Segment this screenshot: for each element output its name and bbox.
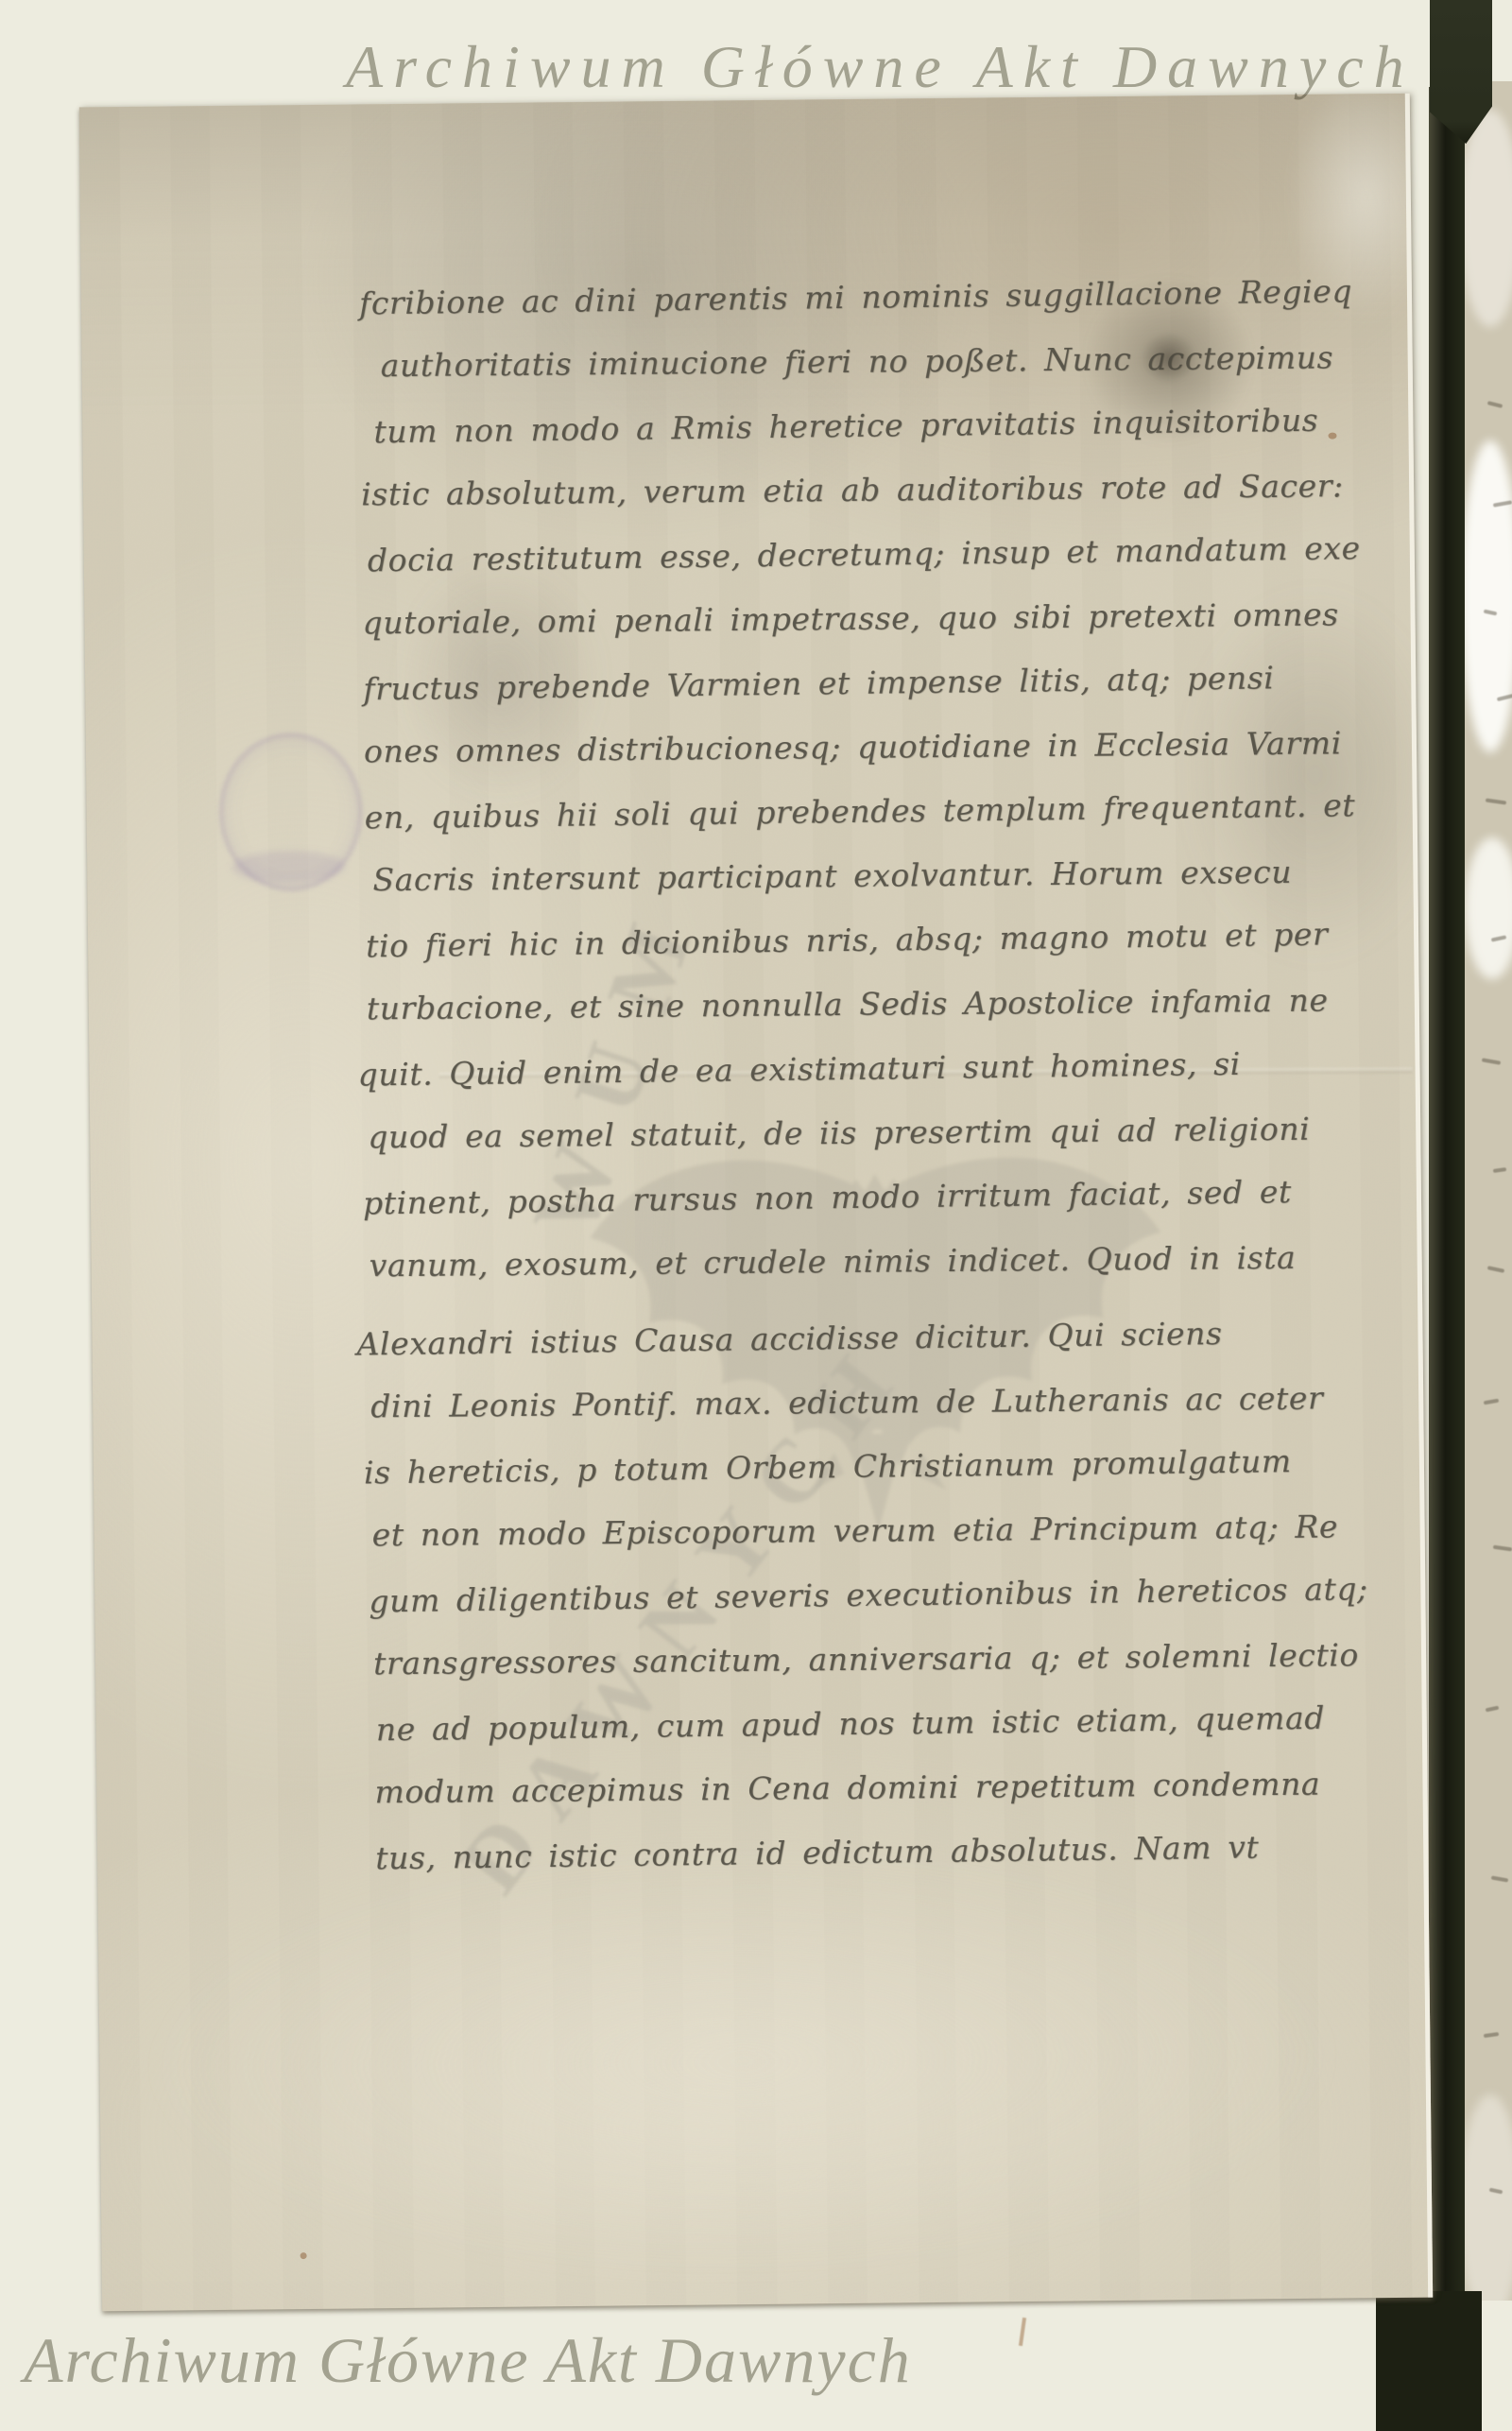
worn-patch <box>1461 110 1512 327</box>
worn-patch <box>1465 837 1512 979</box>
rust-spot <box>1034 2305 1039 2310</box>
manuscript-line: qutoriale, omi penali impetrasse, quo si… <box>362 582 1361 655</box>
ink-mark <box>1486 1706 1500 1713</box>
ink-mark <box>1491 1875 1508 1882</box>
binding-gap-bottom <box>1376 2291 1482 2431</box>
manuscript-line: en, quibus hii soli qui prebendes templu… <box>364 773 1364 850</box>
ink-mark <box>1487 1266 1504 1273</box>
manuscript-line: gum diligentibus et severis executionibu… <box>369 1557 1372 1633</box>
manuscript-line: docia restitutum esse, decretumq; insup … <box>367 516 1361 593</box>
manuscript-line: dini Leonis Pontif. max. edictum de Luth… <box>370 1366 1369 1439</box>
manuscript-line: ne ad populum, cum apud nos tum istic et… <box>375 1685 1373 1762</box>
manuscript-text-block: fcribione ac dini parentis mi nominis su… <box>359 260 1375 1889</box>
rust-spot <box>301 2252 307 2259</box>
manuscript-line: tus, nunc istic contra id edictum absolu… <box>375 1814 1375 1890</box>
manuscript-line: transgressores sancitum, anniversaria q;… <box>373 1623 1372 1696</box>
worn-patch <box>1461 2095 1512 2301</box>
manuscript-line: ptinent, postha rursus non modo irritum … <box>363 1159 1368 1235</box>
ink-mark <box>1484 2032 1499 2038</box>
manuscript-line: quod ea semel statuit, de iis presertim … <box>368 1096 1366 1169</box>
manuscript-line: et non modo Episcoporum verum etia Princ… <box>371 1494 1370 1567</box>
worn-patch <box>1461 440 1512 752</box>
manuscript-line: authoritatis iminucione fieri no poßet. … <box>380 325 1358 398</box>
manuscript-line: Alexandri istius Causa accidisse dicitur… <box>356 1300 1369 1376</box>
manuscript-line: turbacione, et sine nonnulla Sedis Apost… <box>367 968 1366 1041</box>
manuscript-line: is hereticis, p totum Orbem Christianum … <box>364 1428 1371 1505</box>
round-stamp <box>218 732 364 892</box>
manuscript-line: istic absolutum, verum etia ab auditorib… <box>361 454 1360 526</box>
binding-gap <box>1429 87 1465 2301</box>
manuscript-line: fcribione ac dini parentis mi nominis su… <box>359 259 1359 336</box>
ink-mark <box>1486 798 1506 804</box>
archive-scan-viewer: { "archive_watermark": { "top": "Archiwu… <box>0 0 1512 2431</box>
ink-mark <box>1487 401 1503 408</box>
manuscript-line: Sacris intersunt participant exolvantur.… <box>372 839 1364 912</box>
scratch-mark <box>1019 2318 1026 2346</box>
manuscript-line: vanum, exosum, et crudele nimis indicet.… <box>369 1225 1367 1298</box>
archive-watermark-bottom: Archiwum Główne Akt Dawnych <box>24 2323 912 2398</box>
manuscript-line: fructus prebende Varmien et impense liti… <box>363 645 1363 721</box>
manuscript-line: tum non modo a Rmis heretice pravitatis … <box>373 388 1360 464</box>
ink-mark <box>1493 1545 1512 1552</box>
archive-watermark-top: Archiwum Główne Akt Dawnych <box>346 32 1415 102</box>
manuscript-line: tio fieri hic in dicionibus nris, absq; … <box>366 902 1366 978</box>
manuscript-line: quit. Quid enim de ea existimaturi sunt … <box>357 1030 1366 1107</box>
manuscript-line: ones omnes distribucionesq; quotidiane i… <box>364 711 1363 784</box>
facing-page-edge <box>1461 81 1512 2301</box>
ink-mark <box>1493 1167 1506 1173</box>
ink-mark <box>1484 1399 1499 1405</box>
stain <box>154 1853 1330 2271</box>
ink-mark <box>1482 1058 1501 1064</box>
manuscript-line: modum accepimus in Cena domini repetitum… <box>374 1751 1373 1824</box>
manuscript-page: WUM DAWNYCH fcribione ac dini parentis m… <box>79 94 1433 2312</box>
